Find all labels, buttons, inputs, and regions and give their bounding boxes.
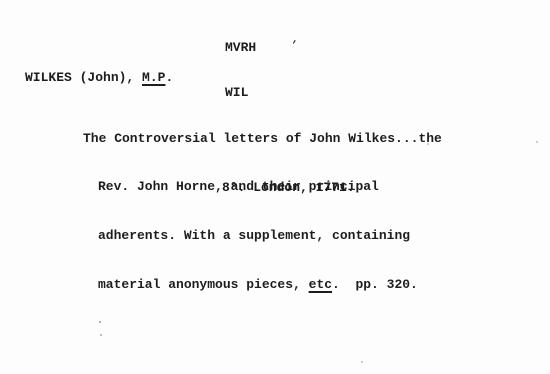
author-heading: WILKES (John), M.P. (25, 70, 173, 86)
author-heading-period: . (165, 70, 173, 85)
ink-speck (361, 361, 363, 363)
title-line-4-pre: material anonymous pieces, (98, 277, 309, 292)
shelfmark-line-1: MVRH (225, 40, 256, 55)
author-heading-text: WILKES (John), (25, 70, 142, 85)
author-heading-underlined-mp: M.P (142, 70, 165, 85)
ink-speck (99, 321, 101, 323)
title-line-1: The Controversial letters of John Wilkes… (83, 131, 442, 147)
title-paragraph: The Controversial letters of John Wilkes… (98, 98, 442, 326)
imprint-line: 8°. London, 1771. (222, 180, 355, 196)
title-line-3: adherents. With a supplement, containing (98, 228, 442, 244)
title-line-4-post: . pp. 320. (332, 277, 418, 292)
ink-speck (100, 334, 102, 336)
title-line-4: material anonymous pieces, etc. pp. 320. (98, 277, 442, 293)
ink-speck (536, 141, 538, 143)
ink-speck (427, 143, 429, 145)
stray-ink-mark: , (291, 34, 299, 47)
catalog-card: MVRH WIL , WILKES (John), M.P. The Contr… (0, 0, 550, 374)
title-line-4-underlined-etc: etc (309, 277, 332, 292)
